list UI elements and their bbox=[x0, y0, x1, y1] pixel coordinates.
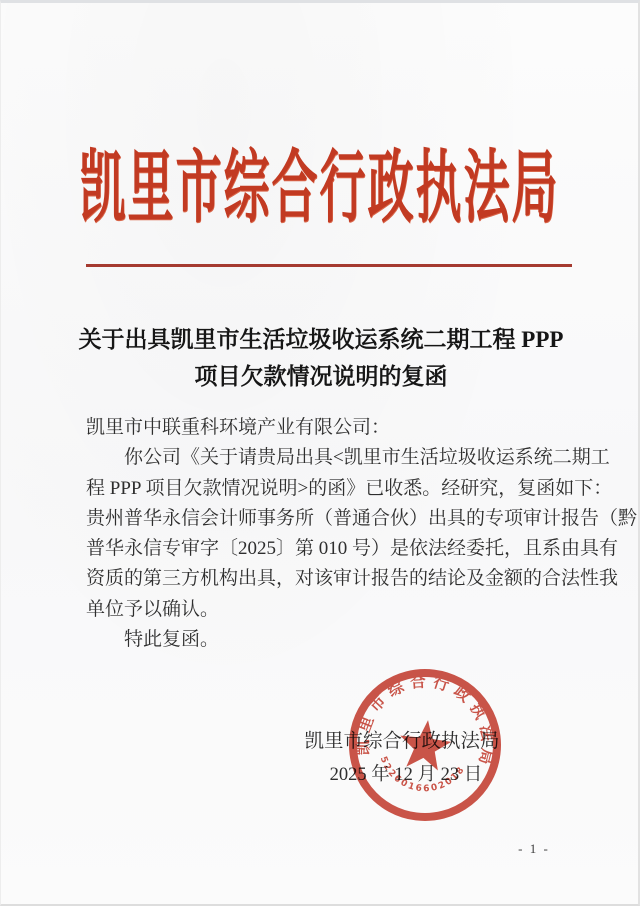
letterhead-org-name: 凯里市综合行政执法局 bbox=[1, 125, 638, 239]
page-number: - 1 - bbox=[494, 841, 574, 857]
seal-star bbox=[397, 717, 454, 772]
body-line: 资质的第三方机构出具，对该审计报告的结论及金额的合法性我 bbox=[86, 564, 573, 594]
salutation: 凯里市中联重科环境产业有限公司： bbox=[86, 413, 573, 443]
body-line: 你公司《关于请贵局出具<凯里市生活垃圾收运系统二期工 bbox=[86, 443, 573, 473]
body-line: 程 PPP 项目欠款情况说明>的函》已收悉。经研究，复函如下： bbox=[86, 474, 573, 504]
document-title-line1: 关于出具凯里市生活垃圾收运系统二期工程 PPP bbox=[79, 327, 564, 352]
document-title: 关于出具凯里市生活垃圾收运系统二期工程 PPP 项目欠款情况说明的复函 bbox=[61, 321, 581, 395]
official-seal-stamp: 凯里市综合行政执法局 5226016602018 bbox=[336, 656, 514, 834]
body-line: 贵州普华永信会计师事务所（普通合伙）出具的专项审计报告（黔 bbox=[86, 504, 573, 534]
letterhead-divider bbox=[86, 264, 572, 267]
body-line: 普华永信专审字〔2025〕第 010 号）是依法经委托，且系由具有 bbox=[86, 534, 573, 564]
closing-phrase: 特此复函。 bbox=[86, 625, 573, 655]
scanned-document-page: 凯里市综合行政执法局 关于出具凯里市生活垃圾收运系统二期工程 PPP 项目欠款情… bbox=[0, 0, 640, 906]
body-line: 单位予以确认。 bbox=[86, 595, 573, 625]
seal-code-number: 5226016602018 bbox=[374, 754, 468, 799]
document-title-line2: 项目欠款情况说明的复函 bbox=[195, 364, 448, 389]
letter-body: 凯里市中联重科环境产业有限公司： 你公司《关于请贵局出具<凯里市生活垃圾收运系统… bbox=[86, 413, 573, 655]
